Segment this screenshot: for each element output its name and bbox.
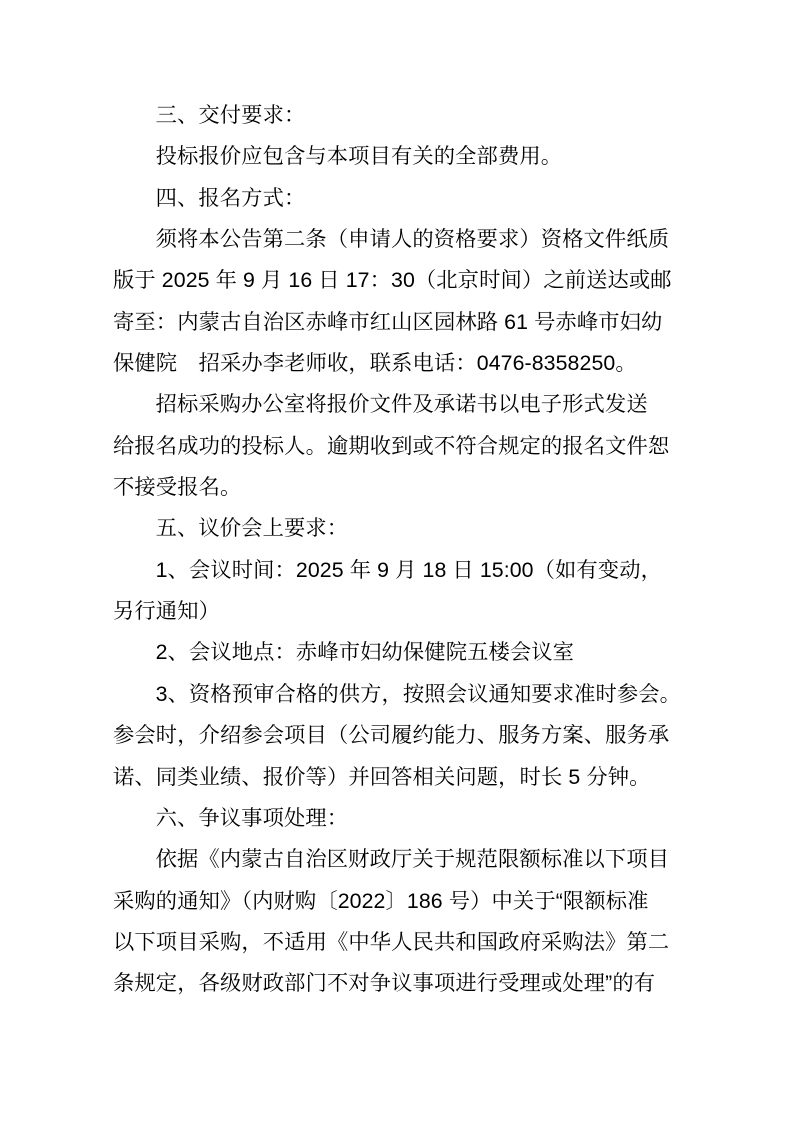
text-line: 三、交付要求： <box>113 95 684 136</box>
text-line: 2、会议地点：赤峰市妇幼保健院五楼会议室 <box>113 632 684 673</box>
section-heading: 六、争议事项处理： <box>113 798 684 839</box>
paragraph: 投标报价应包含与本项目有关的全部费用。 <box>113 136 684 177</box>
paragraph: 须将本公告第二条（申请人的资格要求）资格文件纸质版于 2025 年 9 月 16… <box>113 219 684 384</box>
section-heading: 三、交付要求： <box>113 95 684 136</box>
text-line: 以下项目采购，不适用《中华人民共和国政府采购法》第二 <box>113 922 684 963</box>
text-line: 四、报名方式： <box>113 178 684 219</box>
text-line: 须将本公告第二条（申请人的资格要求）资格文件纸质 <box>113 219 684 260</box>
paragraph: 依据《内蒙古自治区财政厅关于规范限额标准以下项目采购的通知》（内财购〔2022〕… <box>113 839 684 1004</box>
paragraph: 3、资格预审合格的供方，按照会议通知要求准时参会。参会时，介绍参会项目（公司履约… <box>113 674 684 798</box>
text-line: 寄至：内蒙古自治区赤峰市红山区园林路 61 号赤峰市妇幼 <box>113 302 684 343</box>
text-line: 3、资格预审合格的供方，按照会议通知要求准时参会。 <box>113 674 684 715</box>
text-line: 五、议价会上要求： <box>113 508 684 549</box>
text-line: 版于 2025 年 9 月 16 日 17：30（北京时间）之前送达或邮 <box>113 260 684 301</box>
text-line: 不接受报名。 <box>113 467 684 508</box>
document-body: 三、交付要求：投标报价应包含与本项目有关的全部费用。四、报名方式：须将本公告第二… <box>113 95 684 1005</box>
text-line: 另行通知） <box>113 591 684 632</box>
text-line: 给报名成功的投标人。逾期收到或不符合规定的报名文件恕 <box>113 426 684 467</box>
paragraph: 招标采购办公室将报价文件及承诺书以电子形式发送给报名成功的投标人。逾期收到或不符… <box>113 384 684 508</box>
text-line: 保健院 招采办李老师收，联系电话：0476-8358250。 <box>113 343 684 384</box>
document-page: 三、交付要求：投标报价应包含与本项目有关的全部费用。四、报名方式：须将本公告第二… <box>0 0 794 1122</box>
text-line: 条规定，各级财政部门不对争议事项进行受理或处理”的有 <box>113 963 684 1004</box>
text-line: 采购的通知》（内财购〔2022〕186 号）中关于“限额标准 <box>113 881 684 922</box>
text-line: 投标报价应包含与本项目有关的全部费用。 <box>113 136 684 177</box>
text-line: 六、争议事项处理： <box>113 798 684 839</box>
paragraph: 2、会议地点：赤峰市妇幼保健院五楼会议室 <box>113 632 684 673</box>
text-line: 招标采购办公室将报价文件及承诺书以电子形式发送 <box>113 384 684 425</box>
text-line: 参会时，介绍参会项目（公司履约能力、服务方案、服务承 <box>113 715 684 756</box>
text-line: 依据《内蒙古自治区财政厅关于规范限额标准以下项目 <box>113 839 684 880</box>
text-line: 1、会议时间：2025 年 9 月 18 日 15:00（如有变动， <box>113 550 684 591</box>
section-heading: 五、议价会上要求： <box>113 508 684 549</box>
section-heading: 四、报名方式： <box>113 178 684 219</box>
paragraph: 1、会议时间：2025 年 9 月 18 日 15:00（如有变动，另行通知） <box>113 550 684 633</box>
text-line: 诺、同类业绩、报价等）并回答相关问题，时长 5 分钟。 <box>113 757 684 798</box>
